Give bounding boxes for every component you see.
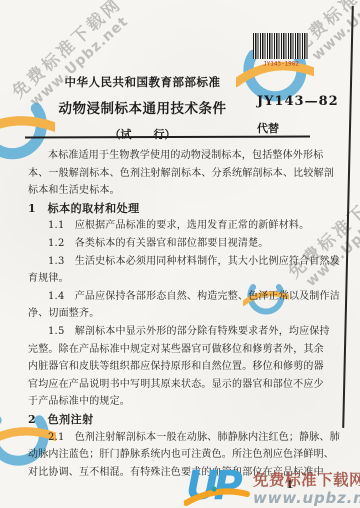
text-line: 1.4 产品应保持各部形态自然、构造完整、色泽正常以及制作洁 <box>28 288 332 306</box>
replaces-label: 代替 <box>257 120 339 136</box>
text-line: 本标准适用于生物教学使用的动物浸制标本，包括整体外形标 <box>28 147 332 165</box>
text-line: 1.3 生活史标本必须用同种材料制作，其大小比例应符合自然发 <box>28 253 332 271</box>
authority-line: 中华人民共和国教育部部标准 <box>30 74 255 90</box>
scan-edge-line <box>342 6 354 428</box>
text-line: 1 标本的取材和处理 <box>28 200 332 218</box>
text-line: 官均应在产品说明书中写明其原来状态。显示的器官和部位不应少 <box>28 376 332 394</box>
text-line: 1.2 各类标本的有关器官和部位都要目视清楚。 <box>28 235 332 253</box>
text-line: 净、切面整齐。 <box>28 305 332 323</box>
document-title: 动物浸制标本通用技术条件 <box>30 97 255 117</box>
footer-site-block: 免费标准下载网 www.upbz.net <box>253 471 360 506</box>
barcode-icon <box>253 33 308 59</box>
text-line: 完整。除在产品标准中规定对某些器官可做移位和修剪者外，其余 <box>28 341 332 359</box>
barcode-caption: JY143-1982 <box>256 61 307 68</box>
text-line: 动脉内注蓝色；肝门静脉系统内也可注黄色。所注色剂应色泽鲜明、 <box>28 446 332 464</box>
header-title-block: 中华人民共和国教育部部标准 动物浸制标本通用技术条件 （试 行） <box>30 74 255 142</box>
upbz-logo-icon: UP <box>186 468 250 508</box>
text-line: 1.1 应根据产品标准的要求，选用发育正常的新鲜材料。 <box>28 217 332 235</box>
header-number-block: JY143—82 代替 <box>257 94 339 136</box>
standard-number: JY143—82 <box>257 94 339 109</box>
text-line: 本、一般解剖标本、色剂注射解剖标本、分系统解剖标本、比较解剖 <box>28 165 332 183</box>
document-page: 免费标准下载网 www.Upbz.net 免费标准下载网 www.Upbz.ne… <box>0 0 360 508</box>
footer-watermark: UP 免费标准下载网 www.upbz.net <box>186 468 360 508</box>
text-line: 于产品标准中的规定。 <box>28 393 332 411</box>
text-line: 育规律。 <box>28 270 332 288</box>
text-line: 1.5 解剖标本中显示外形的部分除有特殊要求者外，均应保持 <box>28 323 332 341</box>
text-line: 2.1 色剂注射解剖标本一般在动脉、肺静脉内注红色；静脉、肺 <box>28 429 332 447</box>
text-line: 内脏器官和皮肤等组织都应保持原形和自然位置。移位和修剪的器 <box>28 358 332 376</box>
footer-site-url: www.upbz.net <box>253 490 360 506</box>
body-text: 本标准适用于生物教学使用的动物浸制标本，包括整体外形标本、一般解剖标本、色剂注射… <box>28 147 332 481</box>
text-line: 2 色剂注射 <box>28 411 332 429</box>
footer-site-name: 免费标准下载网 <box>253 471 360 490</box>
logo-swoosh-icon <box>184 484 250 508</box>
text-line: 标本和生活史标本。 <box>28 182 332 200</box>
trial-label: （试 行） <box>30 126 255 142</box>
